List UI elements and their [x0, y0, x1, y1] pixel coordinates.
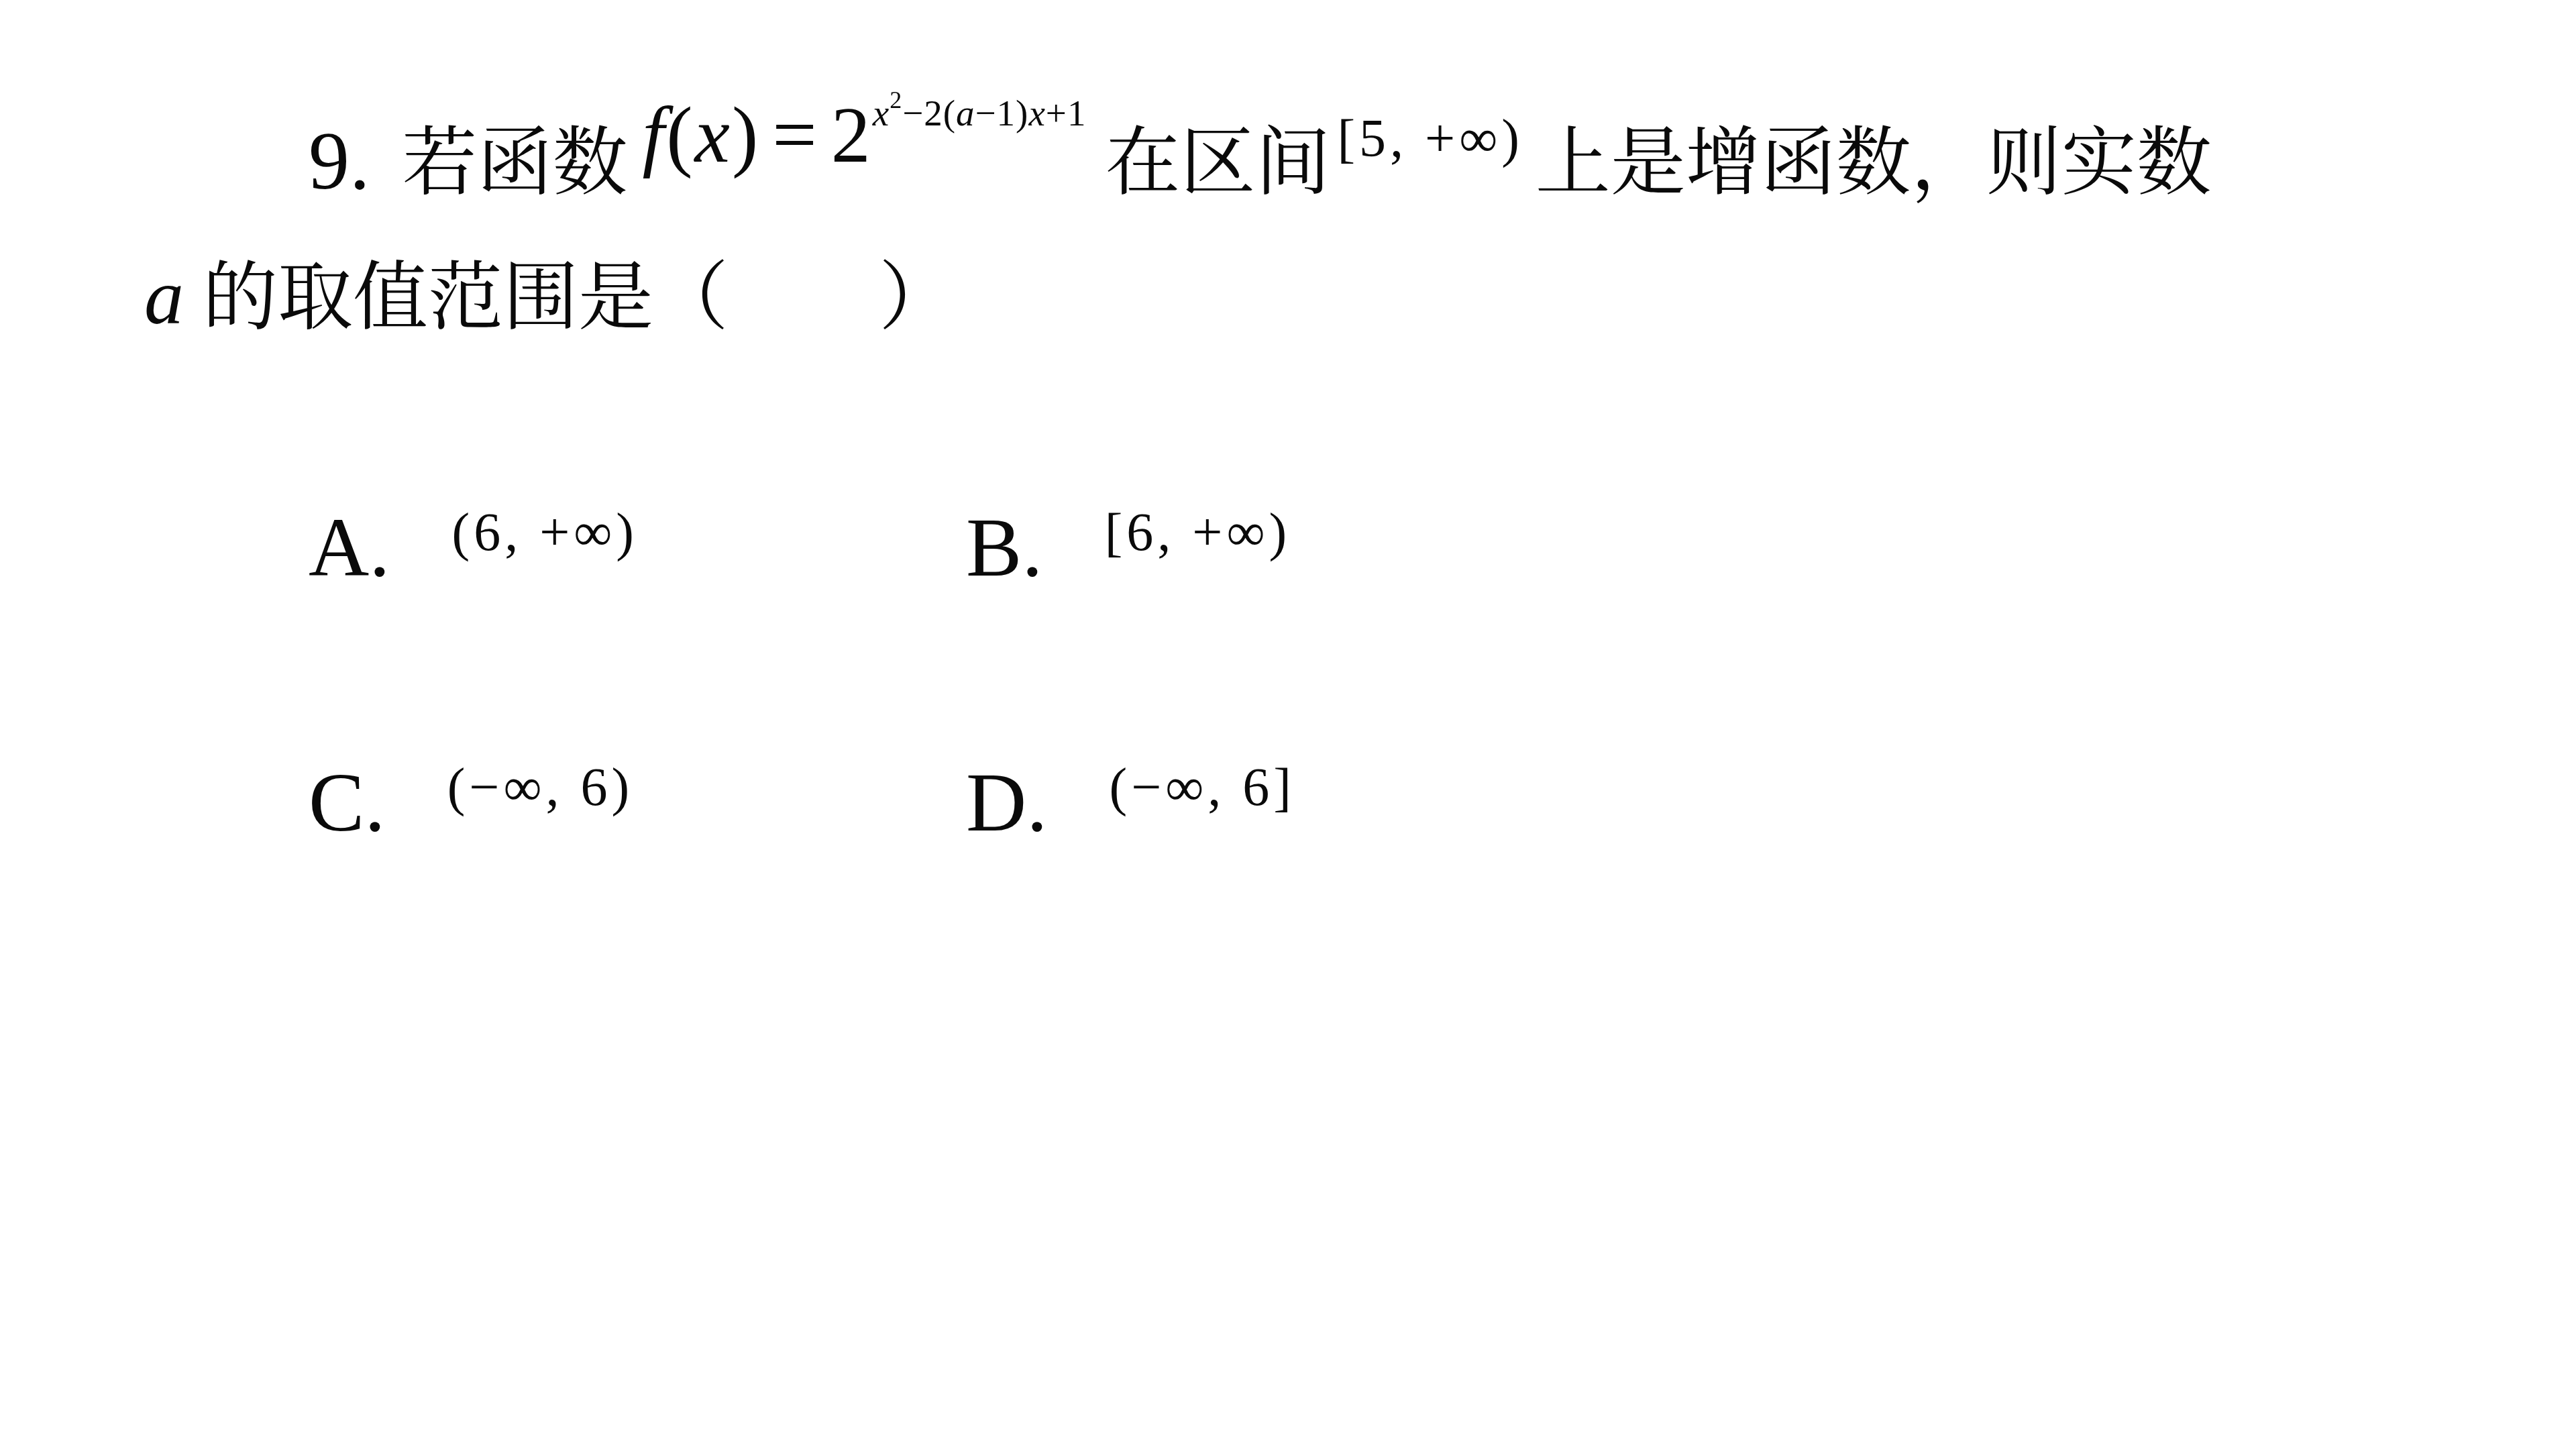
document-page: 9.若函数f(x)=2x2−2(a−1)x+1在区间[5, +∞)上是增函数，则… [0, 0, 2576, 1449]
formula-equals: = [772, 91, 819, 179]
stem-text-after-formula: 在区间 [1105, 121, 1330, 205]
formula-base: 2 [831, 91, 873, 179]
option-b: B.[6, +∞) [966, 498, 1291, 623]
option-b-label: B. [966, 502, 1043, 594]
function-formula: f(x)=2x2−2(a−1)x+1 [643, 91, 1087, 179]
question-stem-line2: a的取值范围是（ ） [144, 254, 954, 342]
formula-exponent: x2−2(a−1)x+1 [873, 93, 1087, 133]
stem-text-after-interval: 上是增函数，则实数 [1536, 121, 2212, 205]
exponent-a: a [956, 93, 975, 133]
formula-lparen: ( [666, 91, 694, 179]
exponent-inner-power: 2 [890, 87, 902, 113]
exponent-minus-two-lparen: −2( [902, 93, 956, 133]
option-c-value: (−∞, 6) [447, 758, 633, 817]
exponent-plus-one: +1 [1046, 93, 1087, 133]
option-c-label: C. [309, 757, 386, 849]
option-a-label: A. [309, 502, 390, 594]
formula-f: f [643, 91, 667, 179]
option-a: A.(6, +∞) [309, 498, 638, 623]
exponent-x2: x [1028, 93, 1045, 133]
option-c: C.(−∞, 6) [309, 753, 633, 878]
option-b-value: [6, +∞) [1105, 503, 1291, 562]
stem-line2-text: 的取值范围是（ ） [203, 256, 954, 339]
option-d-value: (−∞, 6] [1110, 758, 1295, 817]
question-stem-line1: 9.若函数f(x)=2x2−2(a−1)x+1在区间[5, +∞)上是增函数，则… [309, 76, 2212, 221]
option-d-label: D. [966, 757, 1048, 849]
exponent-minus-one-rparen: −1) [975, 93, 1029, 133]
formula-rparen: ) [732, 91, 760, 179]
question-number: 9. [309, 116, 370, 207]
option-d: D.(−∞, 6] [966, 753, 1295, 878]
formula-x: x [695, 91, 732, 179]
variable-a: a [144, 253, 184, 341]
stem-text-before-formula: 若函数 [402, 121, 628, 205]
interval-formula: [5, +∞) [1337, 109, 1523, 168]
option-a-value: (6, +∞) [452, 503, 638, 562]
exponent-x: x [873, 93, 890, 133]
